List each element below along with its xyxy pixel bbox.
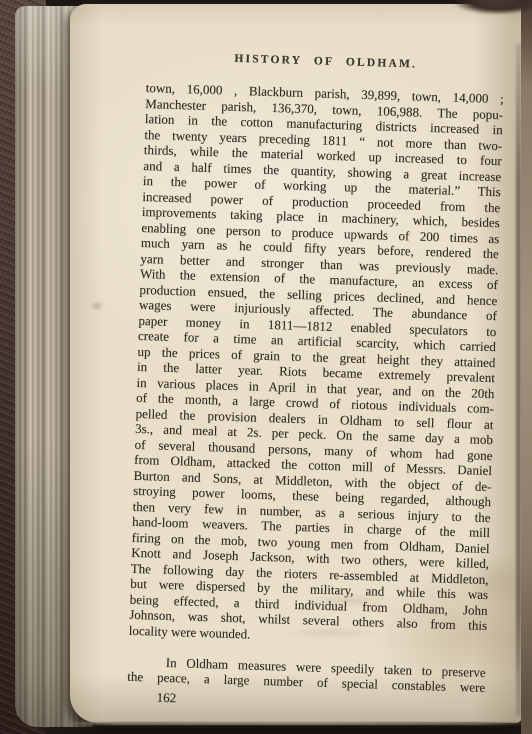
page-bottom-edge bbox=[62, 722, 524, 725]
body-text: town, 16,000 , Blackburn parish, 39,899,… bbox=[127, 80, 504, 695]
printed-text-block: HISTORY OF OLDHAM. town, 16,000 , Blackb… bbox=[126, 50, 504, 714]
facing-page-edge bbox=[521, 0, 532, 734]
book-photo: HISTORY OF OLDHAM. town, 16,000 , Blackb… bbox=[0, 0, 532, 734]
paragraph: town, 16,000 , Blackburn parish, 39,899,… bbox=[129, 80, 504, 649]
